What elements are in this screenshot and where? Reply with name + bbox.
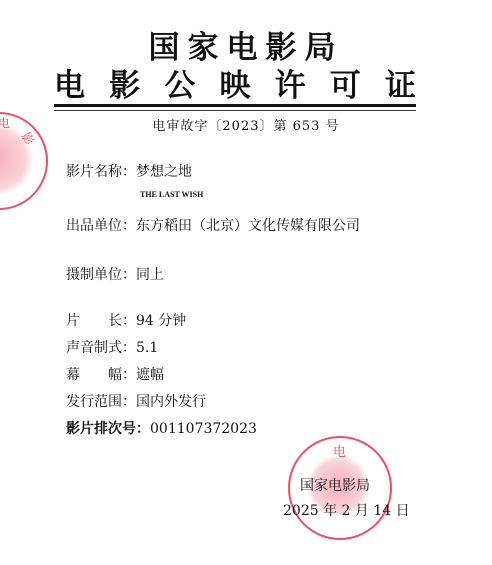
seal-char-right-top: 电 — [333, 441, 346, 460]
title-char: 影 — [109, 68, 140, 104]
field-colon: ： — [122, 367, 136, 383]
film-title-english: THE LAST WISH — [140, 190, 203, 199]
title-char: 映 — [219, 68, 250, 104]
field-label: 片长 — [66, 311, 122, 331]
title-char: 证 — [385, 68, 416, 104]
field-label: 影片名称： — [66, 162, 136, 182]
field-value: 同上 — [136, 267, 164, 283]
rule-thin — [54, 110, 416, 111]
field-label: 发行范围： — [66, 392, 136, 412]
signature-date: 2025 年 2 月 14 日 — [283, 501, 410, 521]
certificate-title: 电 影 公 映 许 可 证 — [54, 68, 416, 104]
field-colon: ： — [122, 313, 136, 329]
double-rule-divider — [54, 104, 416, 113]
field-value: 遮幅 — [136, 367, 164, 383]
label-char: 片 — [66, 311, 80, 331]
document-number: 电审故字〔2023〕第 653 号 — [0, 118, 492, 136]
field-label: 幕幅 — [66, 365, 122, 385]
field-label: 出品单位： — [66, 216, 136, 236]
label-char: 幕 — [66, 365, 80, 385]
field-serial-number: 影片排次号：001107372023 — [66, 419, 257, 439]
title-char: 公 — [164, 68, 195, 104]
field-value: 国内外发行 — [136, 394, 206, 410]
title-char: 可 — [330, 68, 361, 104]
field-value: 5.1 — [136, 340, 158, 356]
field-value: 94 分钟 — [136, 313, 186, 329]
field-filming-unit: 摄制单位：同上 — [66, 265, 164, 285]
field-sound-format: 声音制式：5.1 — [66, 338, 158, 358]
title-char: 电 — [54, 68, 85, 104]
label-char: 长 — [108, 311, 122, 331]
field-label: 影片排次号： — [66, 419, 150, 439]
signature-issuer: 国家电影局 — [300, 476, 370, 496]
field-producer: 出品单位：东方稻田（北京）文化传媒有限公司 — [66, 216, 360, 236]
issuer-heading: 国家电影局 — [0, 30, 492, 66]
field-value: 梦想之地 — [136, 164, 192, 180]
field-screen-format: 幕幅：遮幅 — [66, 365, 164, 385]
field-label: 声音制式： — [66, 338, 136, 358]
field-length: 片长：94 分钟 — [66, 311, 186, 331]
field-value: 东方稻田（北京）文化传媒有限公司 — [136, 218, 360, 234]
rule-thick — [54, 104, 416, 107]
field-label: 摄制单位： — [66, 265, 136, 285]
field-value: 001107372023 — [150, 421, 257, 437]
label-char: 幅 — [108, 365, 122, 385]
title-char: 许 — [275, 68, 306, 104]
field-film-title: 影片名称：梦想之地 — [66, 162, 192, 182]
field-distribution-scope: 发行范围：国内外发行 — [66, 392, 206, 412]
